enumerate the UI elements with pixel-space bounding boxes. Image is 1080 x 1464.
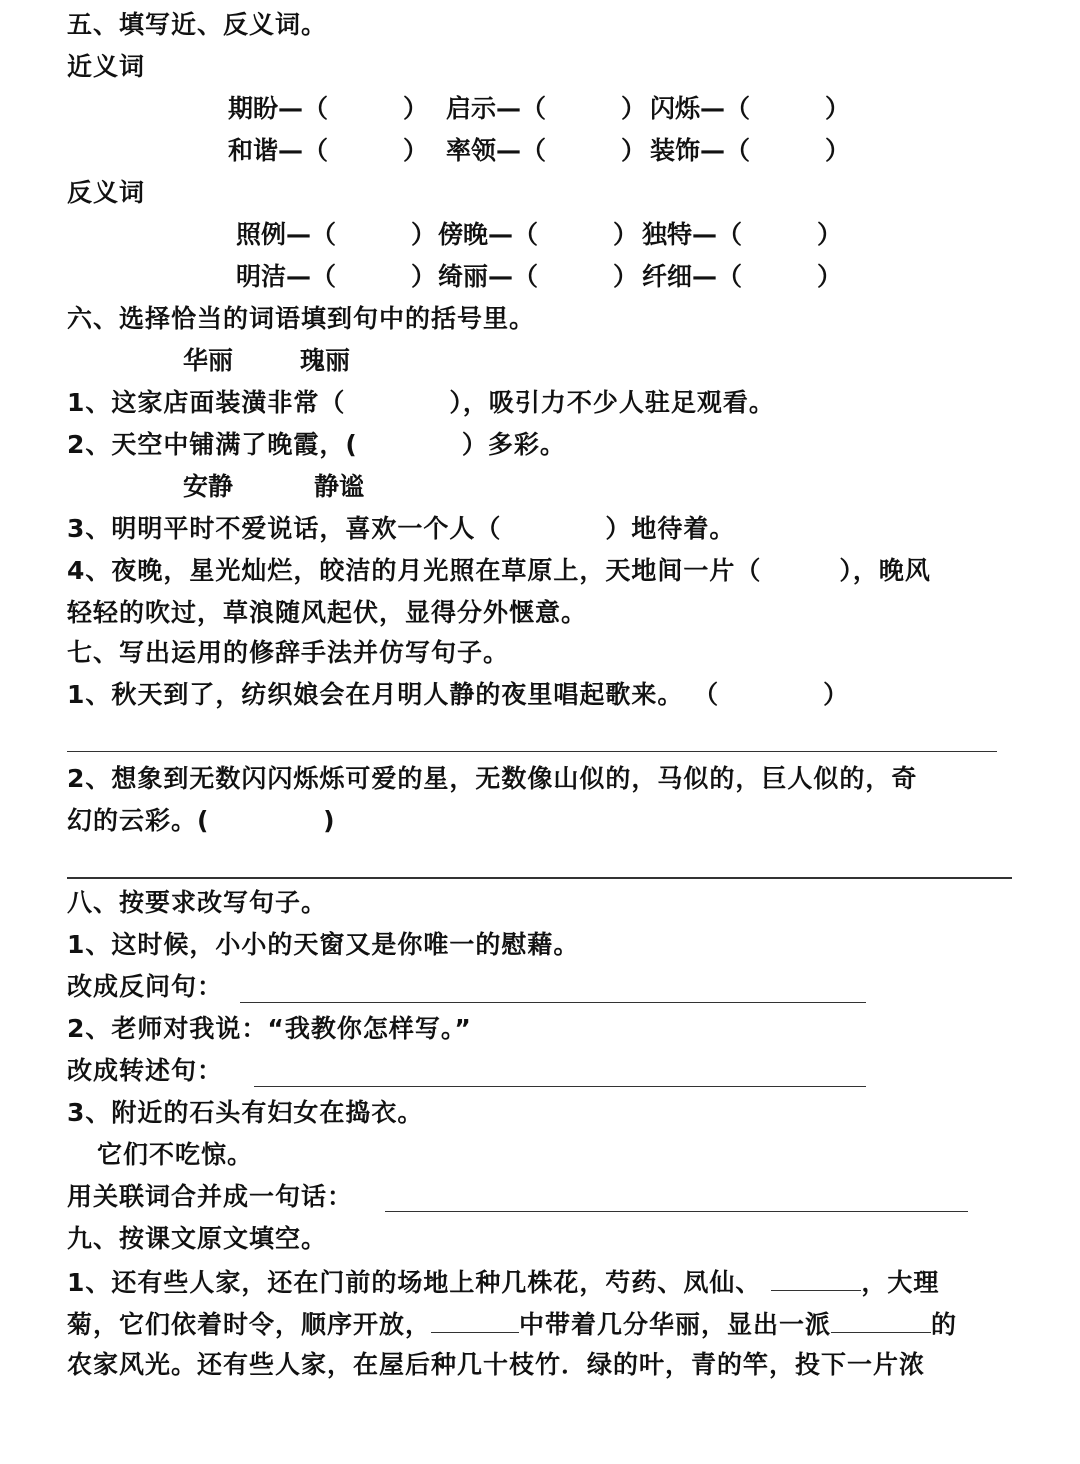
question-text: 4、夜晚，星光灿烂，皎洁的月光照在草原上，天地间一片（ ），晚风 xyxy=(67,554,931,588)
answer-line[interactable] xyxy=(254,1086,866,1087)
passage-text: 菊，它们依着时令，顺序开放， xyxy=(67,1310,431,1339)
question-text: 轻轻的吹过，草浪随风起伏，显得分外惬意。 xyxy=(67,596,587,630)
prompt-label: 改成反问句： xyxy=(67,970,223,1004)
synonym-item: 启示—（ ） xyxy=(446,92,646,126)
synonym-label: 近义词 xyxy=(67,50,145,84)
passage-text: 1、还有些人家，还在门前的场地上种几株花，芍药、凤仙、 xyxy=(67,1268,761,1297)
antonym-item: 明洁—（ ） xyxy=(236,260,436,294)
answer-line[interactable] xyxy=(240,1002,866,1003)
fill-blank[interactable] xyxy=(431,1306,519,1333)
antonym-item: 绮丽—（ ） xyxy=(438,260,638,294)
antonym-item: 独特—（ ） xyxy=(642,218,842,252)
section5-title: 五、填写近、反义词。 xyxy=(67,8,327,42)
antonym-label: 反义词 xyxy=(67,176,145,210)
word-choice: 瑰丽 xyxy=(300,344,350,378)
question-text: 它们不吃惊。 xyxy=(97,1138,253,1172)
passage-line: 菊，它们依着时令，顺序开放，中带着几分华丽，显出一派的 xyxy=(67,1306,957,1342)
word-choice: 华丽 xyxy=(183,344,233,378)
question-text: 1、秋天到了，纺织娘会在月明人静的夜里唱起歌来。 （ ） xyxy=(67,678,849,712)
question-text: 2、想象到无数闪闪烁烁可爱的星，无数像山似的，马似的，巨人似的，奇 xyxy=(67,762,917,796)
synonym-item: 装饰—（ ） xyxy=(650,134,850,168)
question-text: 1、这时候，小小的天窗又是你唯一的慰藉。 xyxy=(67,928,579,962)
antonym-item: 傍晚—（ ） xyxy=(438,218,638,252)
question-text: 1、这家店面装潢非常（ ），吸引力不少人驻足观看。 xyxy=(67,386,775,420)
question-text: 3、明明平时不爱说话，喜欢一个人（ ）地待着。 xyxy=(67,512,735,546)
synonym-item: 期盼—（ ） xyxy=(228,92,428,126)
question-text: 3、附近的石头有妇女在捣衣。 xyxy=(67,1096,423,1130)
answer-line[interactable] xyxy=(67,877,1012,879)
prompt-label: 改成转述句： xyxy=(67,1054,223,1088)
passage-text: ，大理 xyxy=(861,1268,939,1297)
section6-title: 六、选择恰当的词语填到句中的括号里。 xyxy=(67,302,535,336)
word-choice: 静谧 xyxy=(314,470,364,504)
answer-line[interactable] xyxy=(385,1211,968,1212)
synonym-item: 率领—（ ） xyxy=(446,134,646,168)
question-text: 2、老师对我说：“我教你怎样写。” xyxy=(67,1012,472,1046)
answer-line[interactable] xyxy=(67,751,997,752)
passage-line: 农家风光。还有些人家，在屋后种几十枝竹．绿的叶，青的竿，投下一片浓 xyxy=(67,1348,925,1382)
word-choice: 安静 xyxy=(183,470,233,504)
antonym-item: 纤细—（ ） xyxy=(642,260,842,294)
prompt-label: 用关联词合并成一句话： xyxy=(67,1180,353,1214)
passage-text: 的 xyxy=(931,1310,957,1339)
passage-line: 1、还有些人家，还在门前的场地上种几株花，芍药、凤仙、，大理 xyxy=(67,1264,939,1300)
passage-text: 中带着几分华丽，显出一派 xyxy=(519,1310,831,1339)
synonym-item: 和谐—（ ） xyxy=(228,134,428,168)
question-text: 幻的云彩。( ) xyxy=(67,804,336,838)
section9-title: 九、按课文原文填空。 xyxy=(67,1222,327,1256)
antonym-item: 照例—（ ） xyxy=(236,218,436,252)
fill-blank[interactable] xyxy=(831,1306,931,1333)
section8-title: 八、按要求改写句子。 xyxy=(67,886,327,920)
fill-blank[interactable] xyxy=(771,1264,861,1291)
question-text: 2、天空中铺满了晚霞，( ）多彩。 xyxy=(67,428,566,462)
section7-title: 七、写出运用的修辞手法并仿写句子。 xyxy=(67,636,509,670)
synonym-item: 闪烁—（ ） xyxy=(650,92,850,126)
